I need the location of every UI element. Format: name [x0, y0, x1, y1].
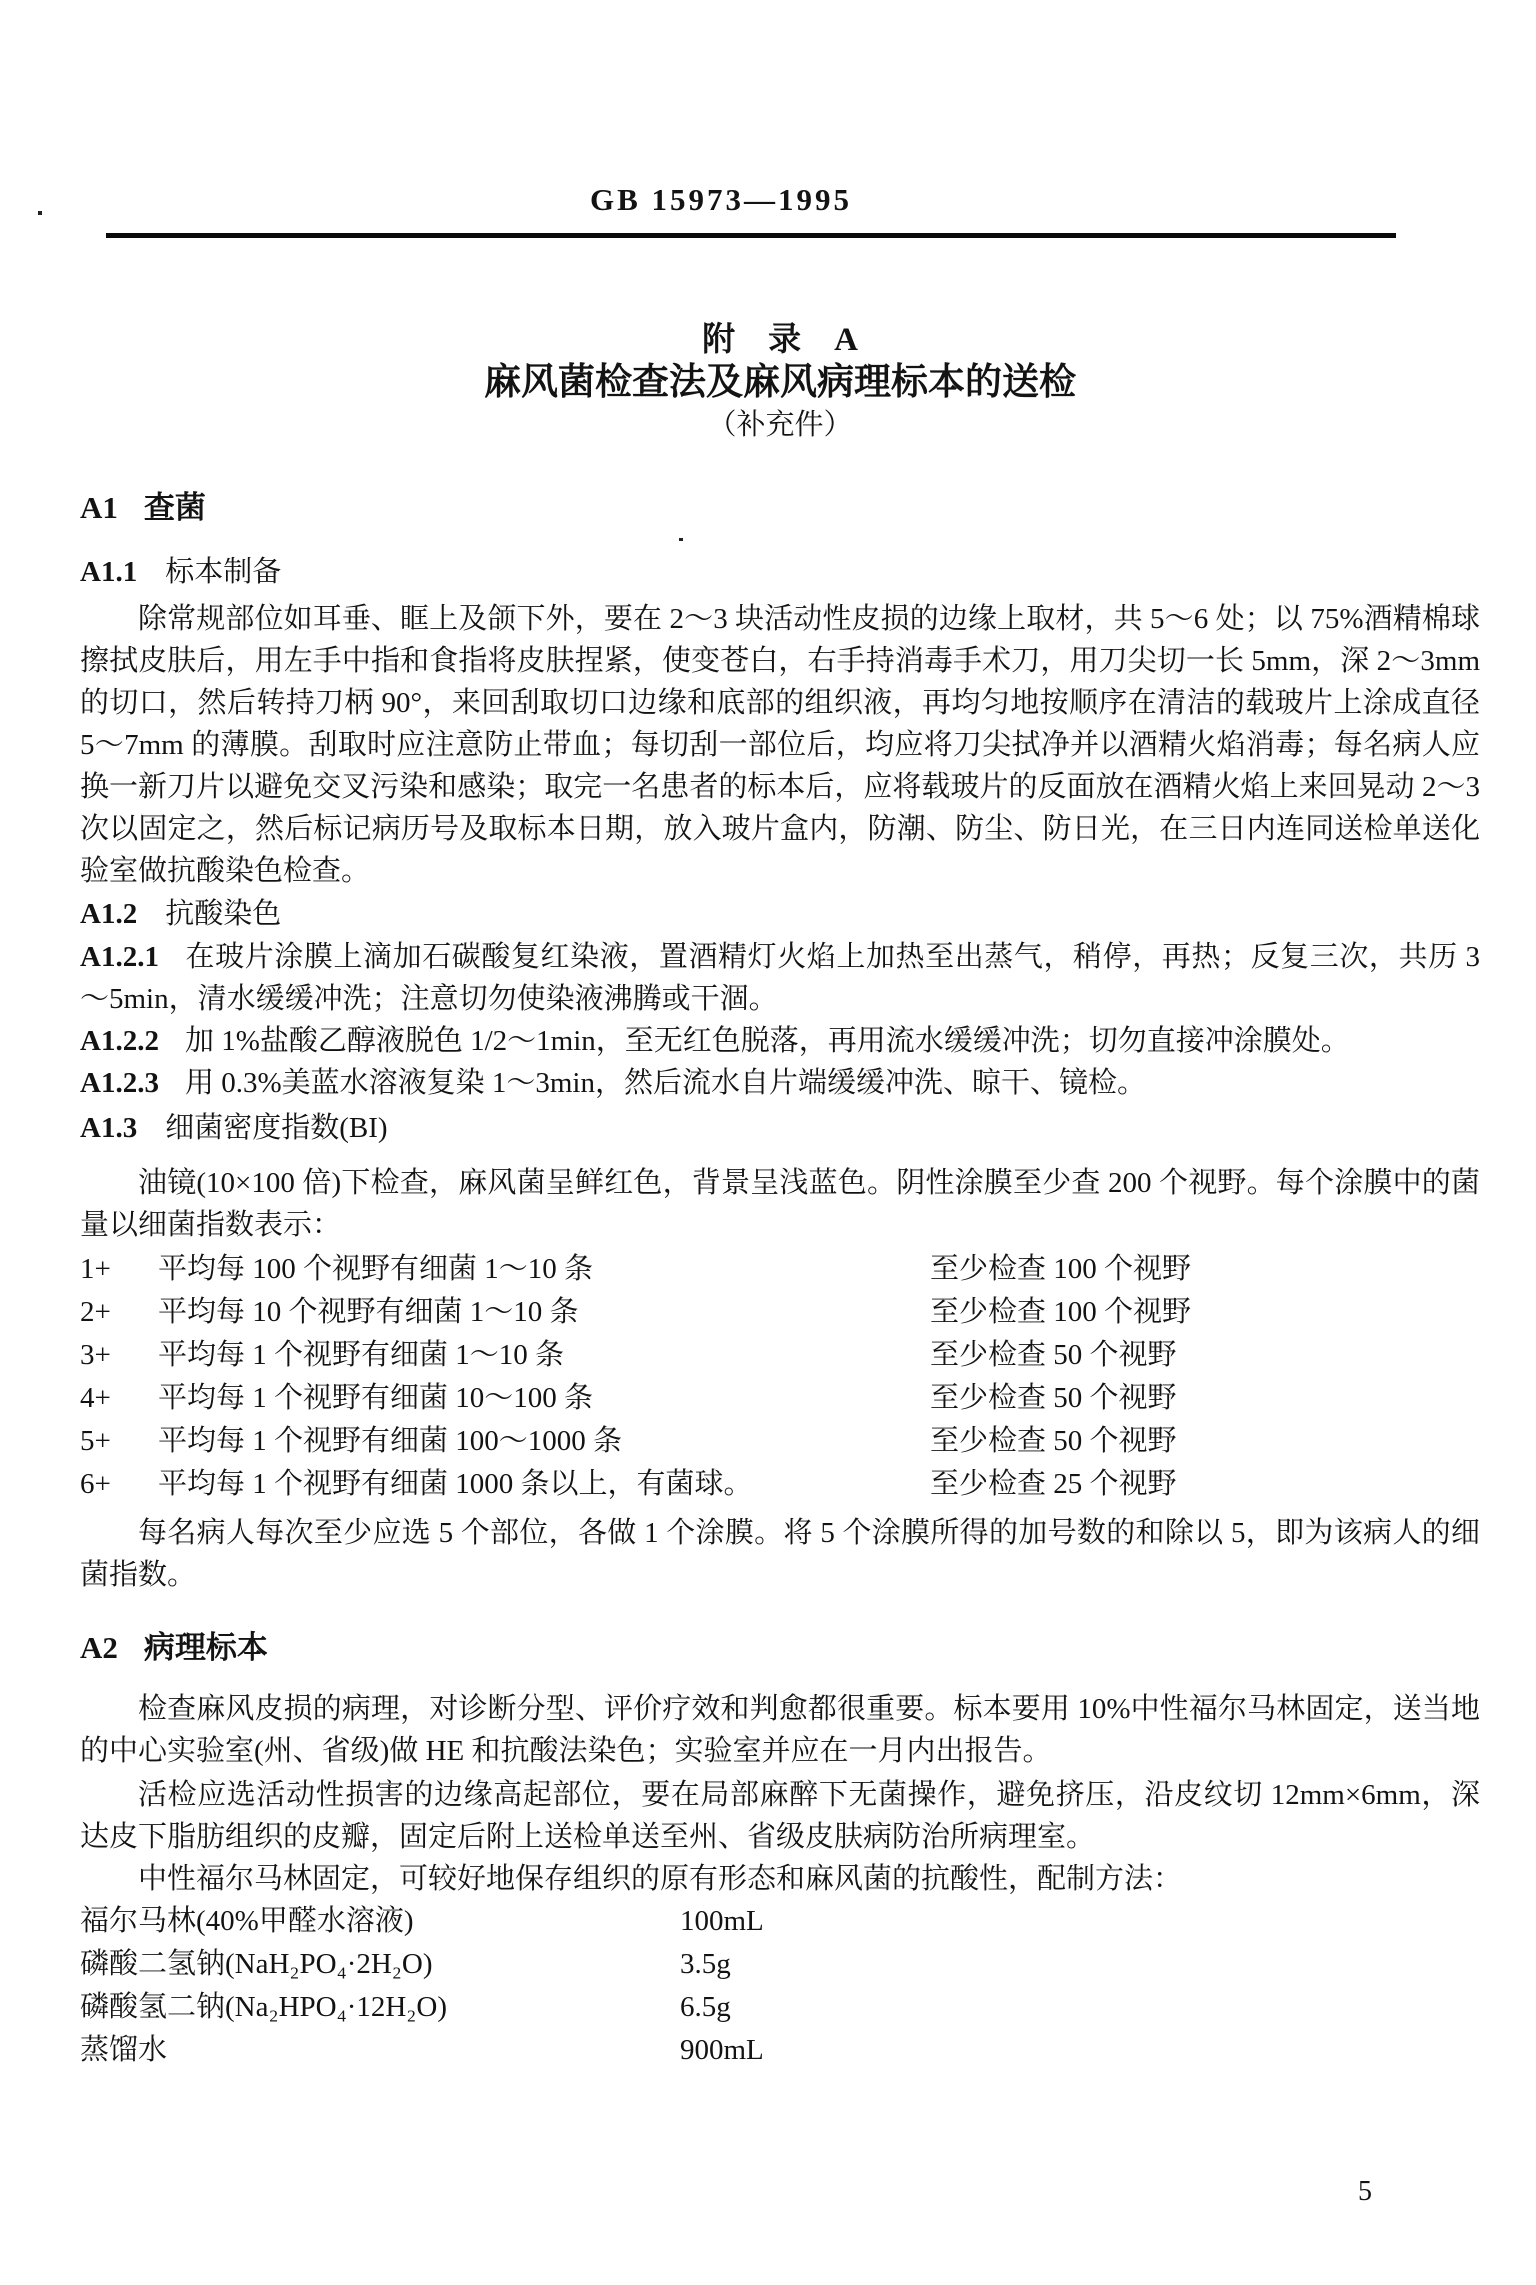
section-heading-a1: A1查菌	[80, 488, 1480, 528]
paragraph-specimen-preparation: 除常规部位如耳垂、眶上及颌下外，要在 2～3 块活动性皮损的边缘上取材，共 5～…	[80, 598, 1480, 892]
bi-table-row: 5+平均每 1 个视野有细菌 100～1000 条至少检查 50 个视野	[80, 1420, 1480, 1463]
clause-text: 加 1%盐酸乙醇液脱色 1/2～1min，至无红色脱落，再用流水缓缓冲洗；切勿直…	[185, 1025, 1350, 1057]
reagent-amount: 3.5g	[680, 1943, 731, 1986]
clause-a1-2-2: A1.2.2加 1%盐酸乙醇液脱色 1/2～1min，至无红色脱落，再用流水缓缓…	[80, 1020, 1480, 1062]
subsection-number: A1.1	[80, 556, 137, 588]
bi-grade: 5+	[80, 1420, 158, 1463]
section-number: A1	[80, 490, 118, 525]
bi-table-row: 6+平均每 1 个视野有细菌 1000 条以上，有菌球。至少检查 25 个视野	[80, 1463, 1480, 1506]
bi-grade: 3+	[80, 1334, 158, 1377]
bi-check-requirement: 至少检查 100 个视野	[930, 1291, 1191, 1334]
bi-grade: 2+	[80, 1291, 158, 1334]
bi-check-requirement: 至少检查 50 个视野	[930, 1420, 1177, 1463]
bi-table-row: 3+平均每 1 个视野有细菌 1～10 条至少检查 50 个视野	[80, 1334, 1480, 1377]
bi-description: 平均每 100 个视野有细菌 1～10 条	[158, 1248, 930, 1291]
reagent-name: 蒸馏水	[80, 2029, 680, 2072]
subsection-title: 细菌密度指数(BI)	[165, 1112, 387, 1144]
subsection-number: A1.2	[80, 898, 137, 930]
appendix-note: （补充件）	[80, 406, 1480, 444]
scan-speck	[38, 211, 42, 215]
paragraph-bi-intro: 油镜(10×100 倍)下检查，麻风菌呈鲜红色，背景呈浅蓝色。阴性涂膜至少查 2…	[80, 1162, 1480, 1246]
subsection-heading-a1-3: A1.3细菌密度指数(BI)	[80, 1108, 1480, 1148]
subsection-heading-a1-1: A1.1标本制备	[80, 552, 1480, 592]
bi-table-row: 4+平均每 1 个视野有细菌 10～100 条至少检查 50 个视野	[80, 1377, 1480, 1420]
paragraph-bi-footer: 每名病人每次至少应选 5 个部位，各做 1 个涂膜。将 5 个涂膜所得的加号数的…	[80, 1512, 1480, 1596]
bi-table-row: 2+平均每 10 个视野有细菌 1～10 条至少检查 100 个视野	[80, 1291, 1480, 1334]
bi-check-requirement: 至少检查 50 个视野	[930, 1334, 1177, 1377]
bi-description: 平均每 1 个视野有细菌 100～1000 条	[158, 1420, 930, 1463]
bi-index-table: 1+平均每 100 个视野有细菌 1～10 条至少检查 100 个视野 2+平均…	[80, 1248, 1480, 1506]
bi-grade: 6+	[80, 1463, 158, 1506]
document-body: 附 录 A 麻风菌检查法及麻风病理标本的送检 （补充件） A1查菌 A1.1标本…	[80, 320, 1480, 2072]
reagent-row: 磷酸氢二钠(Na₂HPO₄·12H₂O)6.5g	[80, 1986, 1480, 2029]
reagent-row: 蒸馏水900mL	[80, 2029, 1480, 2072]
clause-text: 在玻片涂膜上滴加石碳酸复红染液，置酒精灯火焰上加热至出蒸气，稍停，再热；反复三次…	[80, 941, 1480, 1015]
bi-check-requirement: 至少检查 50 个视野	[930, 1377, 1177, 1420]
bi-description: 平均每 1 个视野有细菌 1～10 条	[158, 1334, 930, 1377]
appendix-title: 附 录 A	[80, 320, 1480, 360]
subsection-number: A1.3	[80, 1112, 137, 1144]
page-number: 5	[1358, 2176, 1372, 2208]
clause-a1-2-1: A1.2.1在玻片涂膜上滴加石碳酸复红染液，置酒精灯火焰上加热至出蒸气，稍停，再…	[80, 936, 1480, 1020]
reagent-amount: 100mL	[680, 1900, 764, 1943]
bi-check-requirement: 至少检查 25 个视野	[930, 1463, 1177, 1506]
reagent-amount: 6.5g	[680, 1986, 731, 2029]
reagent-name: 磷酸氢二钠(Na₂HPO₄·12H₂O)	[80, 1986, 680, 2029]
reagent-name: 磷酸二氢钠(NaH₂PO₄·2H₂O)	[80, 1943, 680, 1986]
clause-a1-2-3: A1.2.3用 0.3%美蓝水溶液复染 1～3min，然后流水自片端缓缓冲洗、晾…	[80, 1062, 1480, 1104]
reagent-row: 福尔马林(40%甲醛水溶液)100mL	[80, 1900, 1480, 1943]
bi-description: 平均每 10 个视野有细菌 1～10 条	[158, 1291, 930, 1334]
document-page: GB 15973—1995 附 录 A 麻风菌检查法及麻风病理标本的送检 （补充…	[0, 0, 1536, 2285]
clause-number: A1.2.1	[80, 941, 159, 973]
subsection-title: 标本制备	[165, 556, 281, 588]
reagent-amount: 900mL	[680, 2029, 764, 2072]
bi-table-row: 1+平均每 100 个视野有细菌 1～10 条至少检查 100 个视野	[80, 1248, 1480, 1291]
clause-number: A1.2.2	[80, 1025, 159, 1057]
bi-grade: 4+	[80, 1377, 158, 1420]
paragraph-pathology-1: 检查麻风皮损的病理，对诊断分型、评价疗效和判愈都很重要。标本要用 10%中性福尔…	[80, 1688, 1480, 1772]
bi-grade: 1+	[80, 1248, 158, 1291]
appendix-subtitle: 麻风菌检查法及麻风病理标本的送检	[80, 360, 1480, 406]
subsection-title: 抗酸染色	[165, 898, 281, 930]
bi-description: 平均每 1 个视野有细菌 10～100 条	[158, 1377, 930, 1420]
clause-number: A1.2.3	[80, 1067, 159, 1099]
section-title: 查菌	[144, 490, 206, 525]
subsection-heading-a1-2: A1.2抗酸染色	[80, 894, 1480, 934]
clause-text: 用 0.3%美蓝水溶液复染 1～3min，然后流水自片端缓缓冲洗、晾干、镜检。	[185, 1067, 1146, 1099]
bi-description: 平均每 1 个视野有细菌 1000 条以上，有菌球。	[158, 1463, 930, 1506]
section-title: 病理标本	[144, 1630, 268, 1665]
paragraph-pathology-3: 中性福尔马林固定，可较好地保存组织的原有形态和麻风菌的抗酸性，配制方法：	[80, 1858, 1480, 1900]
standard-number: GB 15973—1995	[590, 182, 852, 218]
formalin-recipe-list: 福尔马林(40%甲醛水溶液)100mL 磷酸二氢钠(NaH₂PO₄·2H₂O)3…	[80, 1900, 1480, 2072]
reagent-row: 磷酸二氢钠(NaH₂PO₄·2H₂O)3.5g	[80, 1943, 1480, 1986]
paragraph-pathology-2: 活检应选活动性损害的边缘高起部位，要在局部麻醉下无菌操作，避免挤压，沿皮纹切 1…	[80, 1774, 1480, 1858]
section-number: A2	[80, 1630, 118, 1665]
section-heading-a2: A2病理标本	[80, 1628, 1480, 1668]
header-rule	[106, 233, 1396, 238]
bi-check-requirement: 至少检查 100 个视野	[930, 1248, 1191, 1291]
reagent-name: 福尔马林(40%甲醛水溶液)	[80, 1900, 680, 1943]
